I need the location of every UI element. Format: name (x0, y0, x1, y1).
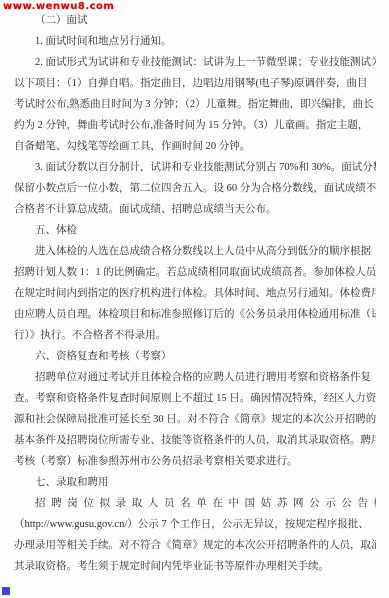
text-line: 招 聘 岗 位 拟 录 取 人 员 名 单 在 中 国 姑 苏 网 公 示 公 … (14, 493, 376, 514)
text-line: 在规定时间内到指定的医疗机构进行体检。具体时间、地点另行通知。体检费用 (14, 283, 376, 304)
heading-line: 七、录取和聘用 (14, 472, 376, 493)
text-line: 由应聘人员自理。体检项目和标准参照修订后的《公务员录用体检通用标准（试 (14, 304, 376, 325)
text-line: 查。考察和资格条件复查时间原则上不超过 15 日。确因情况特殊，经区人力资 (14, 388, 376, 409)
text-line: 招聘计划人数 1：1 的比例确定。若总成绩相同取面试成绩高者。参加体检人员 (14, 262, 376, 283)
text-line: 源和社会保障局批准可延长至 30 日。对不符合《简章》规定的本次公开招聘的 (14, 409, 376, 430)
document-page: www.wenwu8.com （二）面试1. 面试时间和地点另行通知。2. 面试… (0, 0, 389, 598)
document-body: （二）面试1. 面试时间和地点另行通知。2. 面试形式为试讲和专业技能测试：试讲… (14, 10, 376, 577)
text-line: 1. 面试时间和地点另行通知。 (14, 31, 376, 52)
text-line: （http://www.gusu.gov.cn/）公示 7 个工作日，公示无异议… (14, 514, 376, 535)
corner-marker-square (2, 587, 10, 595)
heading-line: 六、资格复查和考核（考察） (14, 346, 376, 367)
text-line: 基本条件及招聘岗位所需专业、技能等资格条件的人员，取消其录取资格。聘用 (14, 430, 376, 451)
text-line: 考试时公布,熟悉曲目时间为 3 分钟；（2）儿童舞。指定舞曲，即兴编排，曲长 (14, 94, 376, 115)
text-line: 考核（考察）标准参照苏州市公务员招录考察相关要求进行。 (14, 451, 376, 472)
text-line: 以下项目：（1）自弹自唱。指定曲目，边唱边用钢琴(电子琴)原调伴奏，曲目 (14, 73, 376, 94)
heading-line: 五、体检 (14, 220, 376, 241)
text-line: 合格者不计算总成绩。面试成绩、招聘总成绩当天公布。 (14, 199, 376, 220)
text-line: 其录取资格。考生须于规定时间内凭毕业证书等原件办理相关手续。 (14, 556, 376, 577)
text-line: 自备蜡笔、勾线笔等绘画工具，作画时间 20 分钟。 (14, 136, 376, 157)
text-line: 招聘单位对通过考试并且体检合格的应聘人员进行聘用考察和资格条件复 (14, 367, 376, 388)
text-line: 3. 面试分数以百分制计，试讲和专业技能测试分别占 70%和 30%。面试分数 (14, 157, 376, 178)
text-line: 行）》执行。不合格者不得录用。 (14, 325, 376, 346)
text-line: 2. 面试形式为试讲和专业技能测试：试讲为上一节微型课；专业技能测试为 (14, 52, 376, 73)
text-line: 办理录用等相关手续。对不符合《简章》规定的本次公开招聘条件的人员，取消 (14, 535, 376, 556)
heading-line: （二）面试 (14, 10, 376, 31)
text-line: 保留小数点后一位小数，第二位四舍五入。设 60 分为合格分数线，面试成绩不 (14, 178, 376, 199)
text-line: 约为 2 分钟，舞曲考试时公布,准备时间为 15 分钟。（3）儿童画。指定主题， (14, 115, 376, 136)
text-line: 进入体检的人选在总成绩合格分数线以上人员中从高分到低分的顺序根据 (14, 241, 376, 262)
